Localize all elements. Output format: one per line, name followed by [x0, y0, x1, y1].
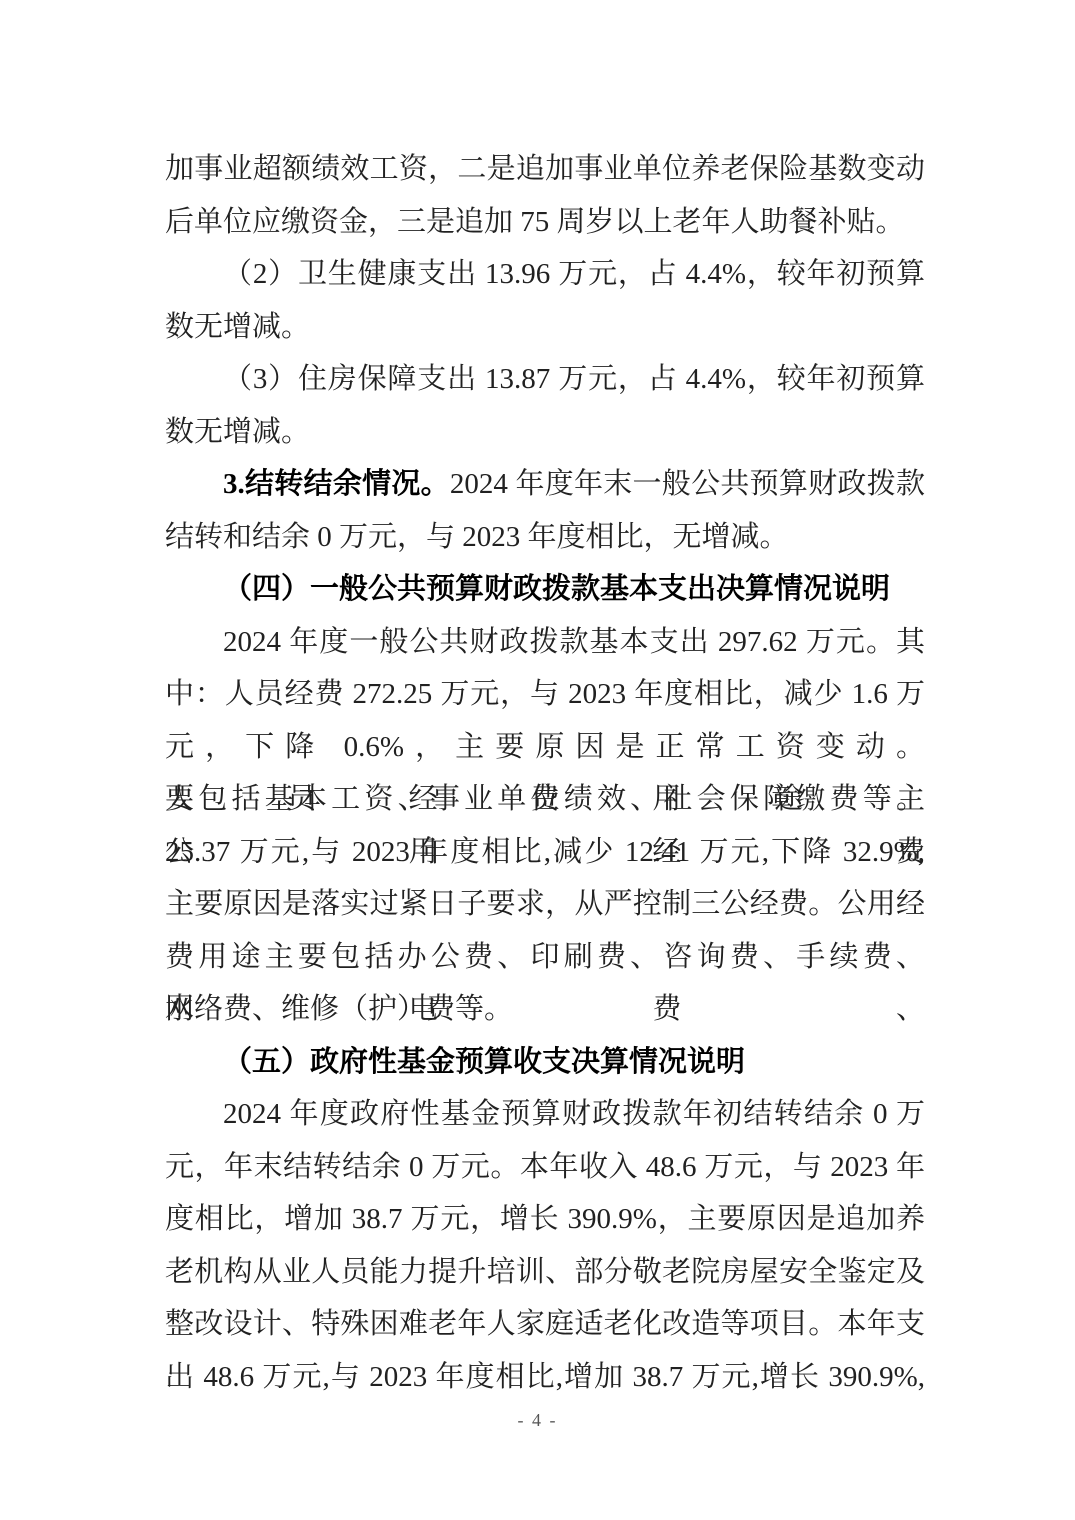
text-line: （五）政府性基金预算收支决算情况说明 — [165, 1036, 925, 1089]
text-run: 结转和结余 0 万元，与 2023 年度相比，无增减。 — [165, 521, 789, 553]
text-line: （四）一般公共预算财政拨款基本支出决算情况说明 — [165, 563, 925, 616]
text-line: 3.结转结余情况。2024 年度年末一般公共预算财政拨款 — [165, 458, 925, 511]
paragraph: 2024 年度一般公共财政拨款基本支出 297.62 万元。其中：人员经费 27… — [165, 616, 925, 1036]
text-line: 中：人员经费 272.25 万元，与 2023 年度相比，减少 1.6 万 — [165, 668, 925, 721]
paragraph: 3.结转结余情况。2024 年度年末一般公共预算财政拨款结转和结余 0 万元，与… — [165, 458, 925, 563]
text-run: 2024 年度一般公共财政拨款基本支出 297.62 万元。其 — [223, 626, 925, 658]
page: { "page": { "number_label": "- 4 -" }, "… — [0, 0, 1075, 1520]
text-line: 整改设计、特殊困难老年人家庭适老化改造等项目。本年支 — [165, 1298, 925, 1351]
text-line: 加事业超额绩效工资，二是追加事业单位养老保险基数变动 — [165, 143, 925, 196]
text-run: 中：人员经费 272.25 万元，与 2023 年度相比，减少 1.6 万 — [165, 678, 925, 710]
paragraph: （2）卫生健康支出 13.96 万元，占 4.4%，较年初预算数无增减。 — [165, 248, 925, 353]
text-run: 数无增减。 — [165, 311, 310, 343]
paragraph: （3）住房保障支出 13.87 万元，占 4.4%，较年初预算数无增减。 — [165, 353, 925, 458]
text-run: 加事业超额绩效工资，二是追加事业单位养老保险基数变动 — [165, 153, 925, 185]
text-run: （2）卫生健康支出 13.96 万元，占 4.4%，较年初预算 — [223, 258, 925, 290]
text-run: 25.37 万元,与 2023 年度相比,减少 12.41 万元,下降 32.9… — [165, 836, 925, 868]
section-heading: （四）一般公共预算财政拨款基本支出决算情况说明 — [165, 563, 925, 616]
text-run: 度相比，增加 38.7 万元，增长 390.9%，主要原因是追加养 — [165, 1203, 925, 1235]
text-line: 出 48.6 万元,与 2023 年度相比,增加 38.7 万元,增长 390.… — [165, 1351, 925, 1404]
text-run: 网络费、维修（护）费等。 — [165, 993, 513, 1025]
text-line: 要包括基本工资、事业单位绩效、社会保障缴费等。公用经费 — [165, 773, 925, 826]
text-line: 25.37 万元,与 2023 年度相比,减少 12.41 万元,下降 32.9… — [165, 826, 925, 879]
text-line: 后单位应缴资金，三是追加 75 周岁以上老年人助餐补贴。 — [165, 196, 925, 249]
document-body: 加事业超额绩效工资，二是追加事业单位养老保险基数变动后单位应缴资金，三是追加 7… — [165, 143, 925, 1403]
text-run: 后单位应缴资金，三是追加 75 周岁以上老年人助餐补贴。 — [165, 206, 905, 238]
text-run: 出 48.6 万元,与 2023 年度相比,增加 38.7 万元,增长 390.… — [165, 1361, 925, 1393]
text-line: 主要原因是落实过紧日子要求，从严控制三公经费。公用经 — [165, 878, 925, 931]
text-line: 费用途主要包括办公费、印刷费、咨询费、手续费、水电费、 — [165, 931, 925, 984]
bold-text-run: （五）政府性基金预算收支决算情况说明 — [223, 1046, 745, 1078]
text-line: 2024 年度一般公共财政拨款基本支出 297.62 万元。其 — [165, 616, 925, 669]
text-run: 数无增减。 — [165, 416, 310, 448]
paragraph: 加事业超额绩效工资，二是追加事业单位养老保险基数变动后单位应缴资金，三是追加 7… — [165, 143, 925, 248]
text-run: 元，年末结转结余 0 万元。本年收入 48.6 万元，与 2023 年 — [165, 1151, 925, 1183]
text-line: 元，年末结转结余 0 万元。本年收入 48.6 万元，与 2023 年 — [165, 1141, 925, 1194]
text-line: 老机构从业人员能力提升培训、部分敬老院房屋安全鉴定及 — [165, 1246, 925, 1299]
page-number: - 4 - — [0, 1405, 1075, 1435]
bold-text-run: 3.结转结余情况。 — [223, 468, 450, 500]
text-run: （3）住房保障支出 13.87 万元，占 4.4%，较年初预算 — [223, 363, 925, 395]
text-run: 整改设计、特殊困难老年人家庭适老化改造等项目。本年支 — [165, 1308, 925, 1340]
text-run: 老机构从业人员能力提升培训、部分敬老院房屋安全鉴定及 — [165, 1256, 925, 1288]
text-line: 2024 年度政府性基金预算财政拨款年初结转结余 0 万 — [165, 1088, 925, 1141]
text-line: 结转和结余 0 万元，与 2023 年度相比，无增减。 — [165, 511, 925, 564]
text-run: 主要原因是落实过紧日子要求，从严控制三公经费。公用经 — [165, 888, 925, 920]
text-run: 2024 年度年末一般公共预算财政拨款 — [450, 468, 925, 500]
text-line: （3）住房保障支出 13.87 万元，占 4.4%，较年初预算 — [165, 353, 925, 406]
bold-text-run: （四）一般公共预算财政拨款基本支出决算情况说明 — [223, 573, 890, 605]
text-line: 度相比，增加 38.7 万元，增长 390.9%，主要原因是追加养 — [165, 1193, 925, 1246]
text-line: （2）卫生健康支出 13.96 万元，占 4.4%，较年初预算 — [165, 248, 925, 301]
text-line: 元，下降 0.6%，主要原因是正常工资变动。人员经费用途主 — [165, 721, 925, 774]
paragraph: 2024 年度政府性基金预算财政拨款年初结转结余 0 万元，年末结转结余 0 万… — [165, 1088, 925, 1403]
text-run: 2024 年度政府性基金预算财政拨款年初结转结余 0 万 — [223, 1098, 925, 1130]
section-heading: （五）政府性基金预算收支决算情况说明 — [165, 1036, 925, 1089]
text-line: 数无增减。 — [165, 406, 925, 459]
text-line: 数无增减。 — [165, 301, 925, 354]
